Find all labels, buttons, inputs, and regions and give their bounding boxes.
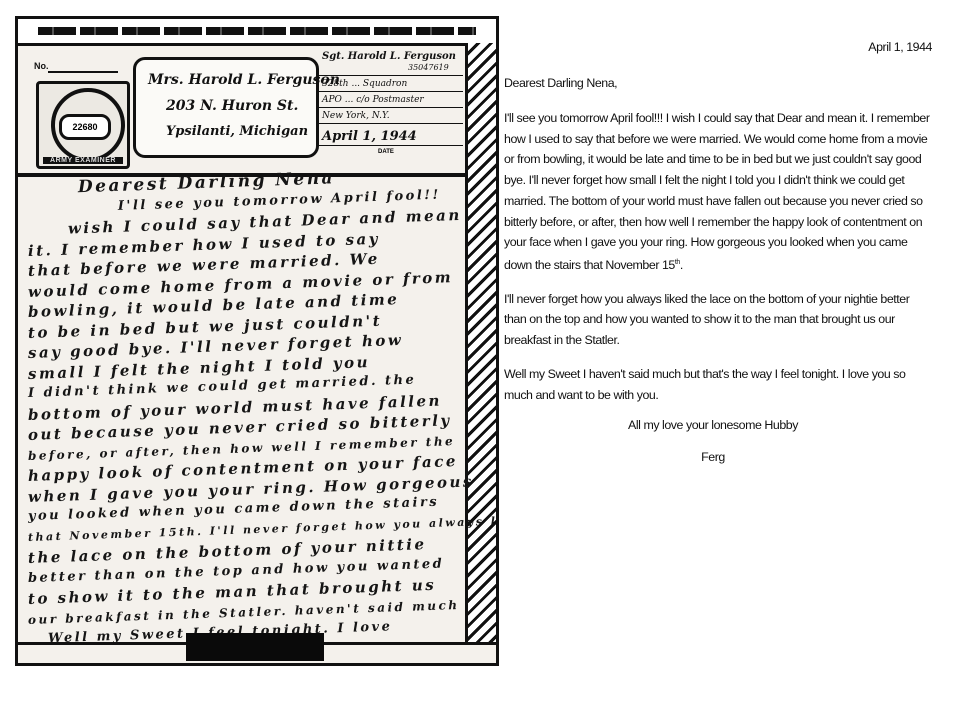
- sender-name: Sgt. Harold L. Ferguson: [322, 51, 456, 62]
- letter-closing: All my love your lonesome Hubby: [504, 418, 932, 432]
- date-label: DATE: [378, 149, 394, 155]
- sender-unit: 328th ... Squadron: [322, 79, 407, 89]
- hatched-border: [465, 43, 496, 653]
- sender-serial: 35047619: [408, 63, 449, 72]
- sender-date: April 1, 1944: [322, 129, 417, 144]
- censor-stamp: 22680 ARMY EXAMINER: [36, 81, 130, 169]
- letter-paragraph: I'll never forget how you always liked t…: [504, 289, 932, 351]
- sender-block: Sgt. Harold L. Ferguson 35047619 328th .…: [318, 49, 468, 159]
- letter-date: April 1, 1944: [504, 40, 932, 54]
- redaction-block: [186, 633, 324, 661]
- letter-signature: Ferg: [504, 450, 932, 464]
- letter-transcription: April 1, 1944 Dearest Darling Nena, I'll…: [504, 40, 932, 464]
- handwritten-body: Dearest Darling Nena I'll see you tomorr…: [28, 179, 462, 633]
- recipient-city: Ypsilanti, Michigan: [166, 124, 308, 139]
- vmail-instruction-banner: [18, 19, 496, 46]
- letter-paragraph: Well my Sweet I haven't said much but th…: [504, 364, 932, 405]
- vmail-header: No. 22680 ARMY EXAMINER Mrs. Harold L. F…: [18, 43, 466, 177]
- censor-label: ARMY EXAMINER: [43, 157, 123, 164]
- recipient-street: 203 N. Huron St.: [166, 98, 298, 114]
- recipient-name: Mrs. Harold L. Ferguson: [148, 72, 340, 88]
- letter-salutation: Dearest Darling Nena,: [504, 76, 932, 90]
- number-label: No.: [34, 61, 49, 71]
- paragraph-text: I'll see you tomorrow April fool!!! I wi…: [504, 111, 930, 272]
- letter-paragraph: I'll see you tomorrow April fool!!! I wi…: [504, 108, 932, 276]
- recipient-address-box: Mrs. Harold L. Ferguson 203 N. Huron St.…: [133, 57, 319, 158]
- sender-apo: APO ... c/o Postmaster: [322, 95, 424, 105]
- censor-number: 22680: [59, 114, 111, 140]
- sender-city: New York, N.Y.: [322, 111, 390, 121]
- scanned-vmail-letter: No. 22680 ARMY EXAMINER Mrs. Harold L. F…: [15, 16, 499, 666]
- paragraph-end: .: [680, 258, 683, 272]
